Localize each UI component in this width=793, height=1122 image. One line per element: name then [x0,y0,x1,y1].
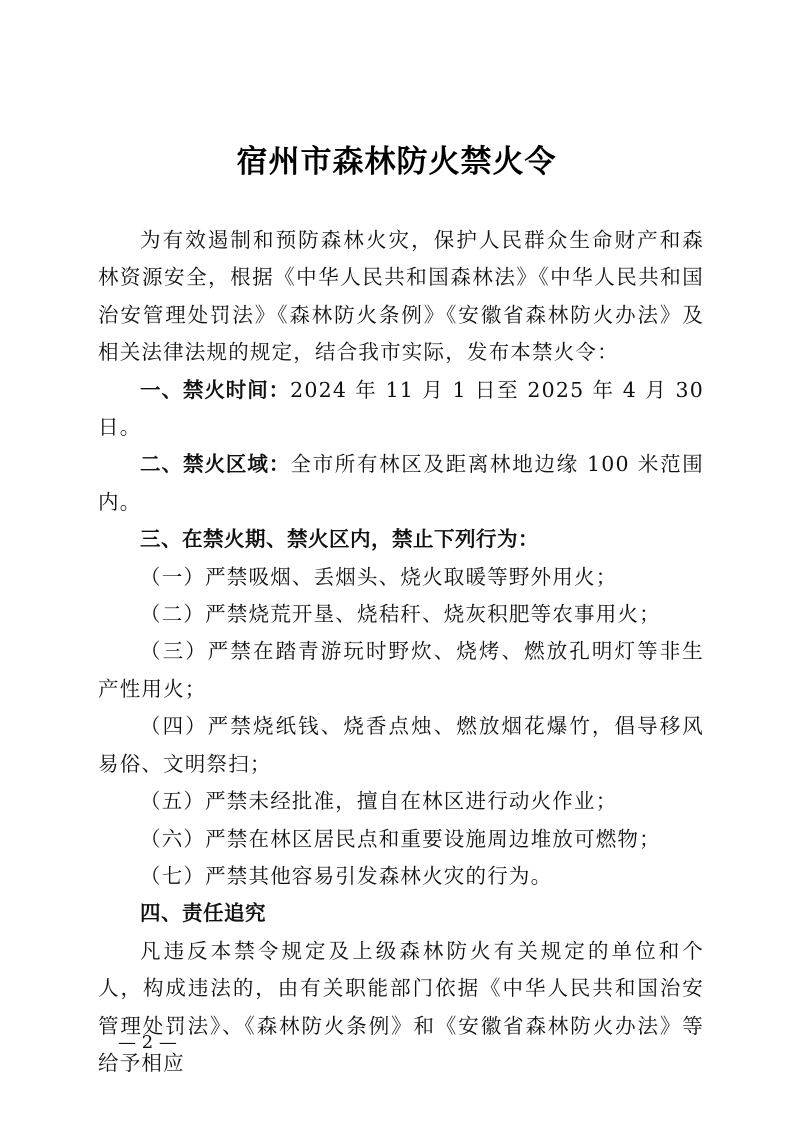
list-item: （四）严禁烧纸钱、烧香点烛、燃放烟花爆竹，倡导移风易俗、文明祭扫； [98,708,704,783]
page-number: — 2 — [118,1032,177,1053]
section-ban-area: 二、禁火区域：全市所有林区及距离林地边缘 100 米范围内。 [98,446,704,521]
document-body: 为有效遏制和预防森林火灾，保护人民群众生命财产和森林资源安全，根据《中华人民共和… [98,222,704,1082]
list-item: （五）严禁未经批准，擅自在林区进行动火作业； [98,783,704,820]
list-item: （七）严禁其他容易引发森林火灾的行为。 [98,858,704,895]
intro-paragraph: 为有效遏制和预防森林火灾，保护人民群众生命财产和森林资源安全，根据《中华人民共和… [98,222,704,372]
document-title: 宿州市森林防火禁火令 [0,136,793,181]
section-heading: 一、禁火时间： [140,378,290,402]
list-item: （六）严禁在林区居民点和重要设施周边堆放可燃物； [98,821,704,858]
section-liability: 四、责任追究 [98,895,704,932]
section-ban-period: 一、禁火时间：2024 年 11 月 1 日至 2025 年 4 月 30 日。 [98,372,704,447]
section-heading: 四、责任追究 [140,901,266,925]
section-heading: 三、在禁火期、禁火区内，禁止下列行为： [140,527,539,551]
liability-paragraph: 凡违反本禁令规定及上级森林防火有关规定的单位和个人，构成违法的，由有关职能部门依… [98,933,704,1083]
list-item: （三）严禁在踏青游玩时野炊、烧烤、燃放孔明灯等非生产性用火； [98,633,704,708]
list-item: （二）严禁烧荒开垦、烧秸秆、烧灰积肥等农事用火； [98,596,704,633]
section-heading: 二、禁火区域： [140,452,290,476]
section-prohibited-acts: 三、在禁火期、禁火区内，禁止下列行为： [98,521,704,558]
list-item: （一）严禁吸烟、丢烟头、烧火取暖等野外用火； [98,559,704,596]
